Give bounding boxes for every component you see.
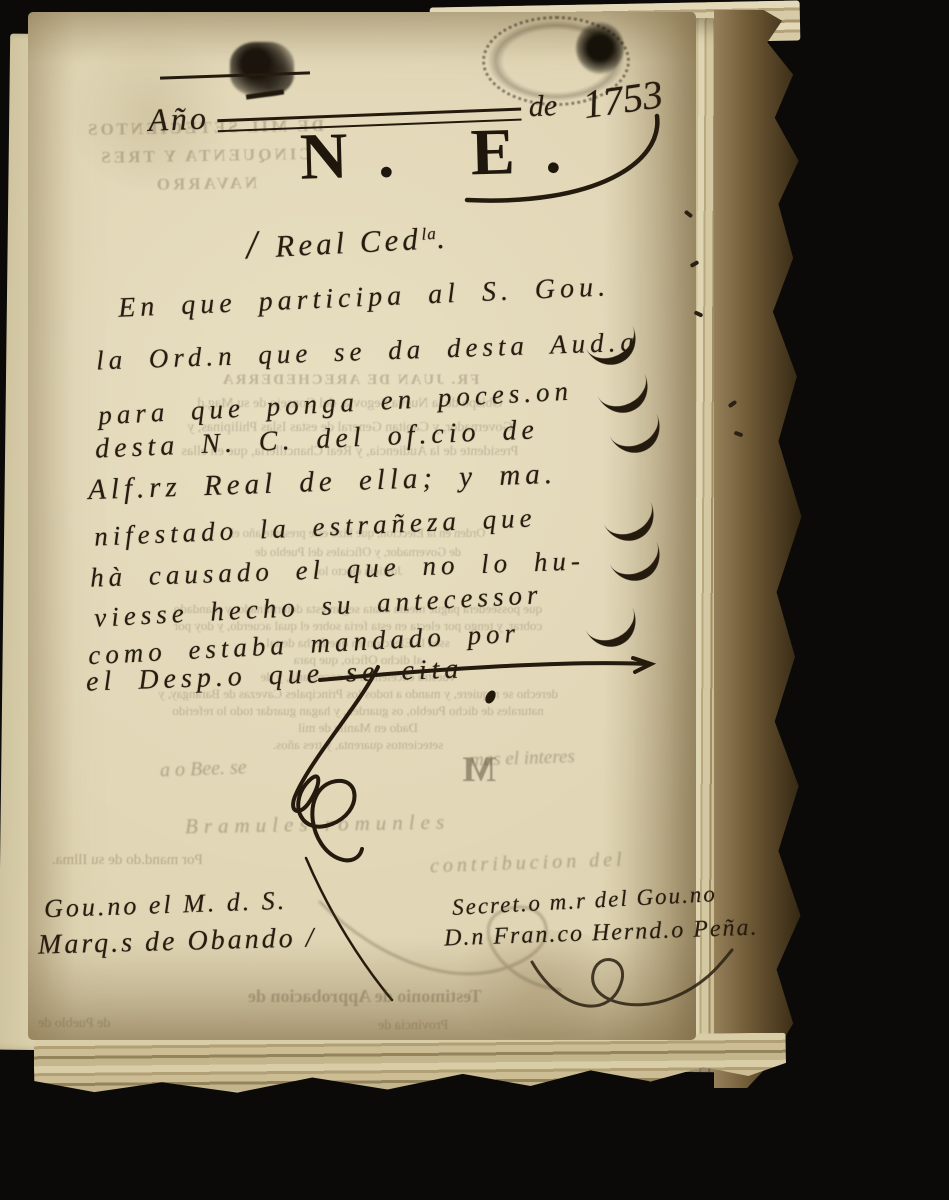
bleedthrough-bottom-title: Testimonio de Approbacion de (248, 986, 482, 1007)
ghost-letter-m: M (462, 748, 496, 790)
manuscript-photo: DE MIL SETECIENTOS CINQUENTA Y TRES NAVA… (0, 0, 949, 1200)
bleedthrough-bottom-right: Provincia de (378, 1018, 448, 1034)
bottom-page-edges (34, 1033, 786, 1098)
heading-period: . (436, 220, 450, 256)
signature-right-flourish (520, 942, 745, 1027)
heading-text: Real Ced (274, 221, 422, 264)
flourish-slash: / (245, 222, 262, 268)
bleedthrough-bottom-left: de Pueblo de (38, 1016, 110, 1032)
page-initials: N. E. (299, 112, 592, 196)
ghost-cursive-line: a o Bee. se (160, 756, 247, 782)
left-signature-ghost-print: Por mand.do de su Illma. (52, 852, 203, 869)
ink-stamp-blot (576, 22, 624, 74)
ano-label: Año (148, 100, 210, 139)
heading-superscript: la (421, 224, 437, 244)
